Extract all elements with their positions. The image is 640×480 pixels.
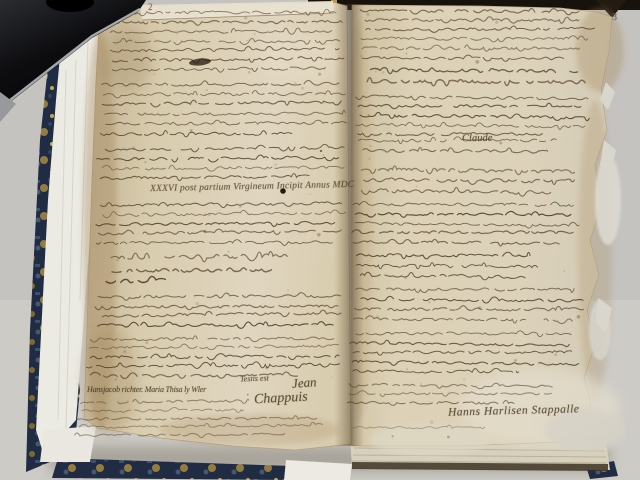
fragment-testis: Testis est [240, 373, 269, 383]
manuscript-scan-photo: 2 3 XXXVI post partium Virgineum Incipit… [0, 0, 640, 480]
fragment-richter-line: Hansjacob richter. Maria Thisa ly Wler [87, 385, 206, 394]
fragment-chappuis-signature: Chappuis [254, 390, 308, 409]
right-page-number: 3 [612, 12, 617, 23]
left-page-number: 2 [148, 2, 153, 12]
page-edges-bottom-left [40, 426, 96, 462]
fragment-claude: Claude [462, 133, 493, 145]
gutter-shadow [334, 4, 364, 446]
